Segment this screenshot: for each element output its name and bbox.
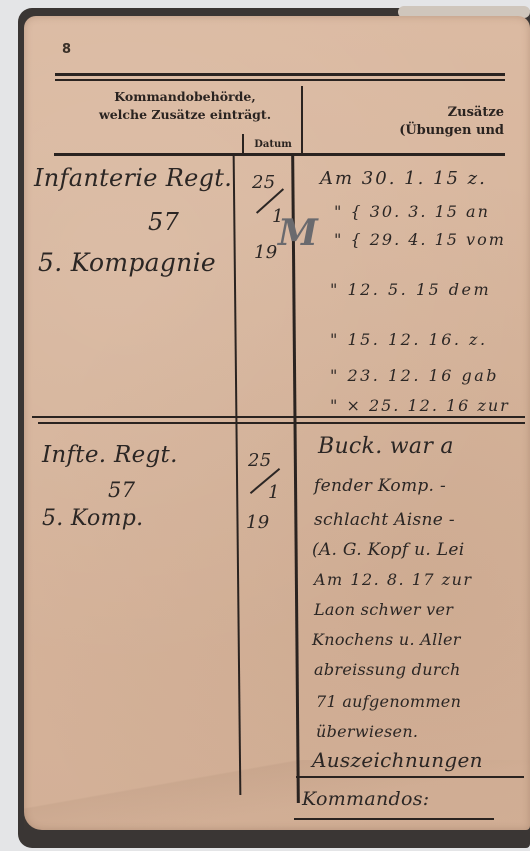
entry-separator-rule-2 bbox=[38, 422, 525, 424]
entry2-line-6: Laon schwer ver bbox=[314, 600, 453, 619]
header-col1-line2: welche Zusätze einträgt. bbox=[80, 106, 290, 124]
entry2-line-5: Am 12. 8. 17 zur bbox=[314, 570, 473, 589]
section-auszeichnungen: Auszeichnungen bbox=[312, 748, 483, 772]
auszeichnungen-underline bbox=[296, 776, 524, 778]
header-col3-line2: (Übungen und bbox=[380, 122, 504, 140]
entry2-date-month: 1 bbox=[268, 482, 280, 503]
header-divider-right bbox=[301, 86, 303, 156]
entry2-line-9: 71 aufgenommen bbox=[316, 692, 461, 711]
header-top-rule bbox=[55, 73, 505, 76]
header-col1-line1: Kommandobehörde, bbox=[80, 88, 290, 106]
entry2-date-year: 19 bbox=[246, 512, 270, 533]
entry1-date-day: 25 bbox=[252, 172, 276, 193]
entry1-unit-line3: 5. Kompagnie bbox=[38, 248, 216, 277]
entry1-unit-line1: Infanterie Regt. bbox=[34, 164, 232, 192]
entry1-date-year: 19 bbox=[254, 242, 278, 263]
entry1-unit-line2: 57 bbox=[148, 208, 179, 236]
entry1-line-7: " × 25. 12. 16 zur bbox=[330, 396, 510, 415]
entry2-line-3: schlacht Aisne - bbox=[314, 510, 455, 530]
header-col-kommandobehoerde: Kommandobehörde, welche Zusätze einträgt… bbox=[80, 88, 290, 124]
section-kommandos: Kommandos: bbox=[302, 788, 429, 810]
header-bottom-rule bbox=[54, 153, 505, 156]
header-divider-datum bbox=[242, 134, 244, 154]
header-col-zusaetze: Zusätze (Übungen und bbox=[380, 104, 504, 140]
entry-separator-rule-1 bbox=[32, 416, 525, 418]
entry2-unit-line1: Infte. Regt. bbox=[42, 442, 178, 468]
header-col3-line1: Zusätze bbox=[380, 104, 504, 122]
entry2-unit-line3: 5. Komp. bbox=[42, 506, 143, 531]
kommandos-underline bbox=[294, 818, 494, 820]
entry2-date-day: 25 bbox=[248, 450, 272, 471]
entry1-line-4: " 12. 5. 15 dem bbox=[330, 280, 491, 299]
header-top-rule-thin bbox=[55, 79, 505, 81]
entry2-line-7: Knochens u. Aller bbox=[312, 630, 461, 649]
entry1-pencil-mark: M bbox=[278, 212, 318, 254]
entry1-line-5: " 15. 12. 16. z. bbox=[330, 330, 488, 349]
entry1-line-3: " { 29. 4. 15 vom bbox=[334, 230, 506, 249]
page-number: 8 bbox=[62, 42, 71, 57]
entry2-line-8: abreissung durch bbox=[314, 660, 461, 679]
header-col-datum: Datum bbox=[248, 136, 298, 154]
entry2-line-10: überwiesen. bbox=[316, 722, 418, 741]
entry1-line-1: Am 30. 1. 15 z. bbox=[320, 168, 487, 189]
entry2-unit-line2: 57 bbox=[108, 478, 135, 502]
entry2-line-1: Buck. war a bbox=[318, 434, 454, 459]
entry1-line-6: " 23. 12. 16 gab bbox=[330, 366, 499, 385]
entry1-line-2: " { 30. 3. 15 an bbox=[334, 202, 490, 221]
entry2-line-2: fender Komp. - bbox=[314, 476, 446, 496]
entry2-line-4: (A. G. Kopf u. Lei bbox=[312, 540, 465, 560]
